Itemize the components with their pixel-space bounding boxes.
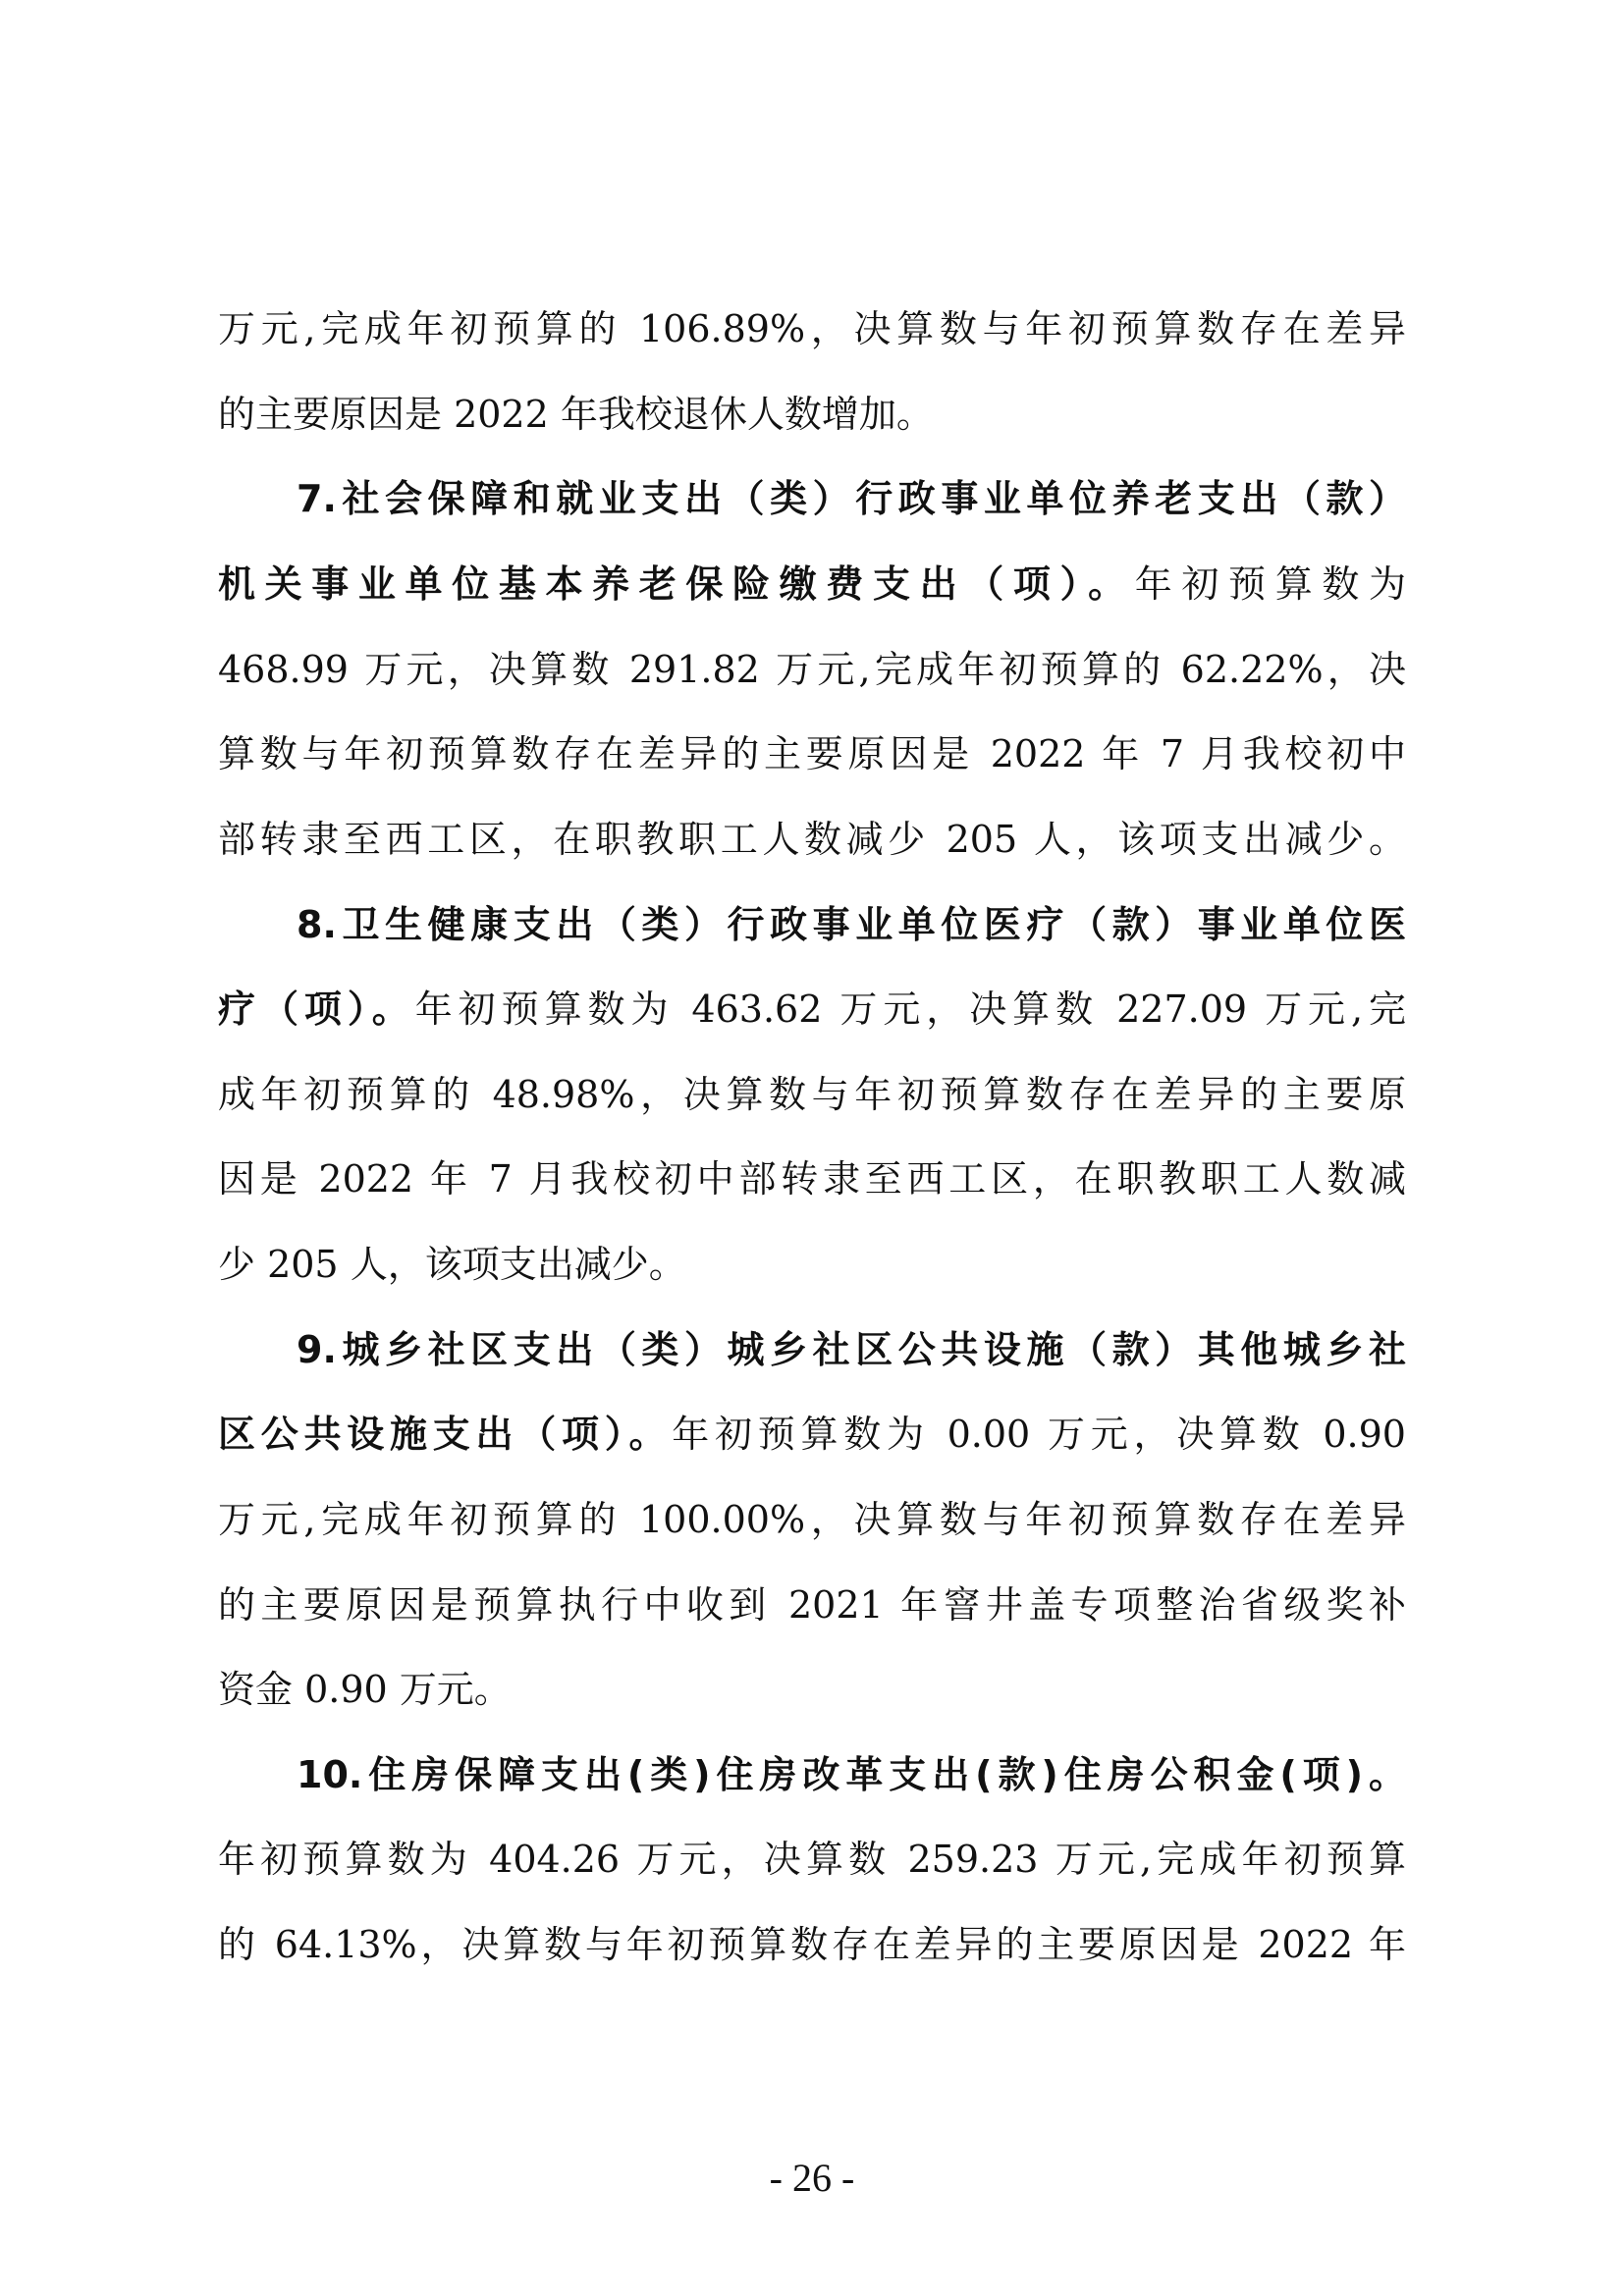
paragraph-line: 因是 2022 年 7 月我校初中部转隶至西工区，在职教职工人数减 bbox=[218, 1149, 1406, 1208]
body-text: 468.99 万元，决算数 291.82 万元,完成年初预算的 62.22%，决 bbox=[218, 648, 1406, 691]
body-text: 年初预算数为 404.26 万元，决算数 259.23 万元,完成年初预算 bbox=[218, 1838, 1406, 1881]
paragraph-line: 年初预算数为 404.26 万元，决算数 259.23 万元,完成年初预算 bbox=[218, 1830, 1406, 1889]
paragraph-line: 468.99 万元，决算数 291.82 万元,完成年初预算的 62.22%，决 bbox=[218, 640, 1406, 699]
paragraph-line: 少 205 人，该项支出减少。 bbox=[218, 1235, 1406, 1294]
page-number: - 26 - bbox=[0, 2155, 1624, 2201]
heading-text: 9.城乡社区支出（类）城乡社区公共设施（款）其他城乡社 bbox=[297, 1328, 1406, 1371]
body-text: 成年初预算的 48.98%，决算数与年初预算数存在差异的主要原 bbox=[218, 1073, 1406, 1116]
body-text: 年初预算数为 463.62 万元，决算数 227.09 万元,完 bbox=[415, 988, 1406, 1031]
paragraph-line: 疗（项）。年初预算数为 463.62 万元，决算数 227.09 万元,完 bbox=[218, 980, 1406, 1039]
paragraph-line: 部转隶至西工区，在职教职工人数减少 205 人，该项支出减少。 bbox=[218, 810, 1406, 869]
paragraph-line: 的 64.13%，决算数与年初预算数存在差异的主要原因是 2022 年 bbox=[218, 1915, 1406, 1974]
heading-text: 10.住房保障支出(类)住房改革支出(款)住房公积金(项)。 bbox=[297, 1753, 1406, 1796]
heading-text: 8.卫生健康支出（类）行政事业单位医疗（款）事业单位医 bbox=[297, 903, 1406, 946]
section-heading-8: 8.卫生健康支出（类）行政事业单位医疗（款）事业单位医 bbox=[297, 895, 1406, 954]
paragraph-line: 资金 0.90 万元。 bbox=[218, 1660, 1406, 1719]
body-text: 万元,完成年初预算的 100.00%，决算数与年初预算数存在差异 bbox=[218, 1498, 1406, 1541]
body-text: 年初预算数为 0.00 万元，决算数 0.90 bbox=[672, 1413, 1406, 1456]
body-text: 资金 0.90 万元。 bbox=[218, 1668, 512, 1711]
paragraph-line: 万元,完成年初预算的 106.89%，决算数与年初预算数存在差异 bbox=[218, 299, 1406, 358]
heading-text: 区公共设施支出（项）。 bbox=[218, 1413, 672, 1456]
document-page: 万元,完成年初预算的 106.89%，决算数与年初预算数存在差异 的主要原因是 … bbox=[0, 0, 1624, 2296]
paragraph-line: 区公共设施支出（项）。年初预算数为 0.00 万元，决算数 0.90 bbox=[218, 1405, 1406, 1464]
paragraph-line: 的主要原因是 2022 年我校退休人数增加。 bbox=[218, 385, 1406, 444]
body-text: 的主要原因是 2022 年我校退休人数增加。 bbox=[218, 393, 934, 436]
body-text: 的 64.13%，决算数与年初预算数存在差异的主要原因是 2022 年 bbox=[218, 1923, 1406, 1966]
body-text: 算数与年初预算数存在差异的主要原因是 2022 年 7 月我校初中 bbox=[218, 732, 1406, 775]
section-heading-10: 10.住房保障支出(类)住房改革支出(款)住房公积金(项)。 bbox=[297, 1745, 1406, 1804]
paragraph-line: 机关事业单位基本养老保险缴费支出（项）。年初预算数为 bbox=[218, 555, 1406, 614]
section-heading-9: 9.城乡社区支出（类）城乡社区公共设施（款）其他城乡社 bbox=[297, 1320, 1406, 1379]
paragraph-line: 的主要原因是预算执行中收到 2021 年窨井盖专项整治省级奖补 bbox=[218, 1575, 1406, 1634]
body-text: 因是 2022 年 7 月我校初中部转隶至西工区，在职教职工人数减 bbox=[218, 1157, 1406, 1201]
paragraph-line: 算数与年初预算数存在差异的主要原因是 2022 年 7 月我校初中 bbox=[218, 724, 1406, 783]
heading-text: 疗（项）。 bbox=[218, 988, 415, 1031]
body-text: 万元,完成年初预算的 106.89%，决算数与年初预算数存在差异 bbox=[218, 307, 1406, 350]
body-text: 少 205 人，该项支出减少。 bbox=[218, 1243, 686, 1286]
body-text: 部转隶至西工区，在职教职工人数减少 205 人，该项支出减少。 bbox=[218, 818, 1406, 861]
heading-text: 7.社会保障和就业支出（类）行政事业单位养老支出（款） bbox=[297, 477, 1406, 520]
section-heading-7: 7.社会保障和就业支出（类）行政事业单位养老支出（款） bbox=[297, 469, 1406, 528]
heading-text: 机关事业单位基本养老保险缴费支出（项）。 bbox=[218, 562, 1135, 606]
body-text: 年初预算数为 bbox=[1135, 562, 1406, 606]
body-text: 的主要原因是预算执行中收到 2021 年窨井盖专项整治省级奖补 bbox=[218, 1583, 1406, 1627]
paragraph-line: 万元,完成年初预算的 100.00%，决算数与年初预算数存在差异 bbox=[218, 1490, 1406, 1549]
paragraph-line: 成年初预算的 48.98%，决算数与年初预算数存在差异的主要原 bbox=[218, 1065, 1406, 1124]
